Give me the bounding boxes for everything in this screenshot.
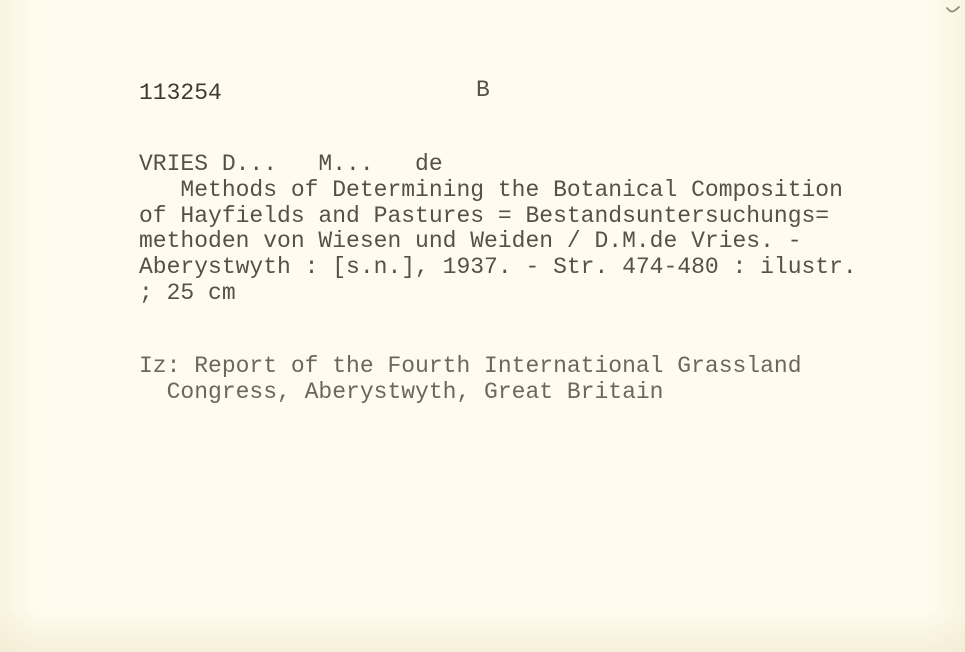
description-line: methoden von Wiesen und Weiden / D.M.de … — [139, 228, 802, 254]
description-line: Aberystwyth : [s.n.], 1937. - Str. 474-4… — [139, 254, 857, 280]
location-code: B — [476, 77, 490, 103]
accession-number: 113254 — [139, 80, 222, 106]
check-mark-icon — [946, 6, 960, 14]
source-line: Congress, Aberystwyth, Great Britain — [139, 379, 664, 405]
description-line: ; 25 cm — [139, 280, 236, 306]
catalog-card: 113254 B VRIES D... M... de Methods of D… — [0, 0, 965, 652]
source-line: Iz: Report of the Fourth International G… — [139, 353, 802, 379]
description-line: of Hayfields and Pastures = Bestandsunte… — [139, 203, 829, 229]
author-heading: VRIES D... M... de — [139, 151, 443, 177]
description-line: Methods of Determining the Botanical Com… — [139, 177, 843, 203]
